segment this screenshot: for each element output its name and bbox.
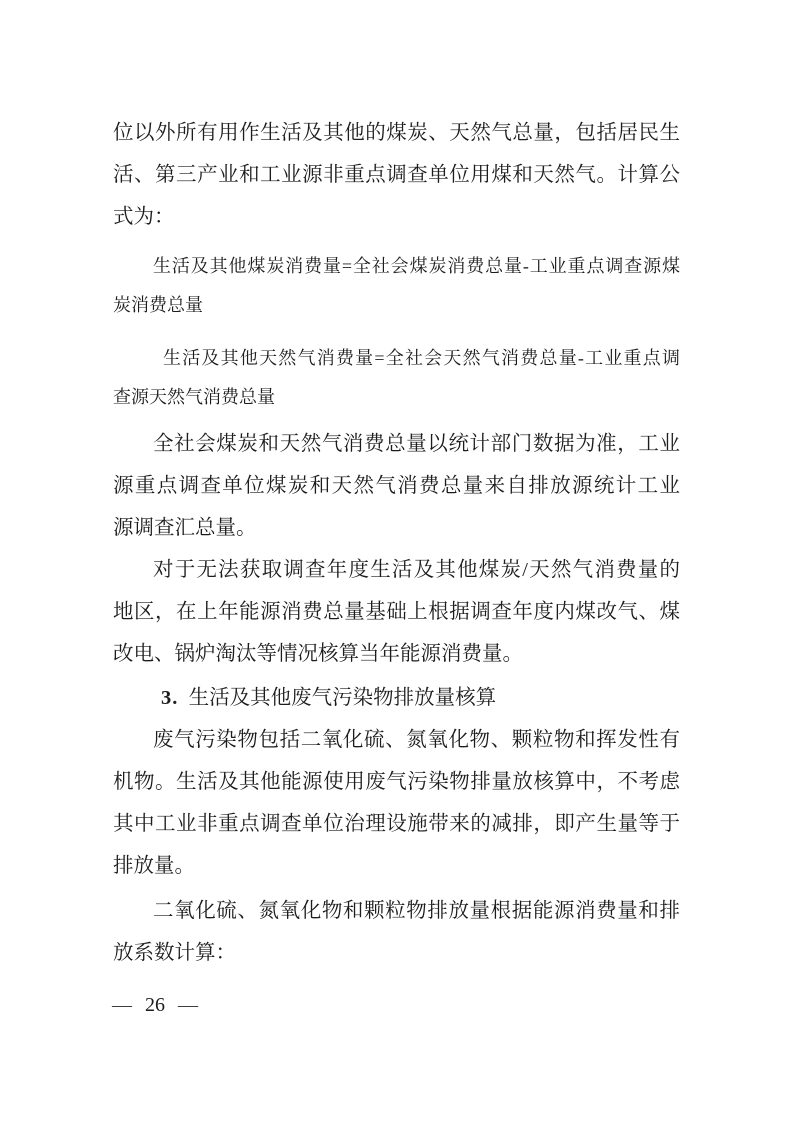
text-line: 式为： [113,196,680,238]
text-line: 改电、锅炉淘汰等情况核算当年能源消费量。 [113,633,680,675]
text-line: 位以外所有用作生活及其他的煤炭、天然气总量，包括居民生 [113,112,680,154]
footer-right-dash: — [178,993,198,1017]
text-line: 3. 生活及其他废气污染物排放量核算 [113,677,680,719]
text-line: 地区，在上年能源消费总量基础上根据调查年度内煤改气、煤 [113,591,680,633]
text-line: 查源天然气消费总量 [113,378,680,417]
text-line: 生活及其他煤炭消费量=全社会煤炭消费总量-工业重点调查源煤 [113,247,680,286]
text-line: 其中工业非重点调查单位治理设施带来的减排，即产生量等于 [113,803,680,845]
text-line: 排放量。 [113,845,680,887]
text-line: 源调查汇总量。 [113,507,680,549]
text-line: 活、第三产业和工业源非重点调查单位用煤和天然气。计算公 [113,154,680,196]
text-line: 对于无法获取调查年度生活及其他煤炭/天然气消费量的 [113,549,680,591]
page-footer: — 26 — [112,993,198,1017]
body-paragraph: 对于无法获取调查年度生活及其他煤炭/天然气消费量的地区，在上年能源消费总量基础上… [113,549,680,675]
body-paragraph: 全社会煤炭和天然气消费总量以统计部门数据为准，工业源重点调查单位煤炭和天然气消费… [113,423,680,549]
page-number: 26 [145,993,165,1017]
body-paragraph: 二氧化硫、氮氧化物和颗粒物排放量根据能源消费量和排放系数计算： [113,890,680,974]
body-paragraph: 废气污染物包括二氧化硫、氮氧化物、颗粒物和挥发性有机物。生活及其他能源使用废气污… [113,719,680,887]
formula-paragraph: 生活及其他煤炭消费量=全社会煤炭消费总量-工业重点调查源煤炭消费总量 [113,247,680,325]
heading-paragraph: 3. 生活及其他废气污染物排放量核算 [113,677,680,719]
page-content: 位以外所有用作生活及其他的煤炭、天然气总量，包括居民生活、第三产业和工业源非重点… [113,112,680,974]
text-line: 废气污染物包括二氧化硫、氮氧化物、颗粒物和挥发性有 [113,719,680,761]
heading-number: 3. [161,687,178,709]
text-line: 源重点调查单位煤炭和天然气消费总量来自排放源统计工业 [113,465,680,507]
text-line: 放系数计算： [113,932,680,974]
text-line: 生活及其他天然气消费量=全社会天然气消费总量-工业重点调 [113,339,680,378]
text-line: 二氧化硫、氮氧化物和颗粒物排放量根据能源消费量和排 [113,890,680,932]
body-paragraph: 位以外所有用作生活及其他的煤炭、天然气总量，包括居民生活、第三产业和工业源非重点… [113,112,680,238]
footer-left-dash: — [112,993,132,1017]
text-line: 全社会煤炭和天然气消费总量以统计部门数据为准，工业 [113,423,680,465]
text-line: 炭消费总量 [113,286,680,325]
formula-paragraph: 生活及其他天然气消费量=全社会天然气消费总量-工业重点调查源天然气消费总量 [113,339,680,417]
text-line: 机物。生活及其他能源使用废气污染物排量放核算中，不考虑 [113,761,680,803]
document-page: 位以外所有用作生活及其他的煤炭、天然气总量，包括居民生活、第三产业和工业源非重点… [0,0,793,1122]
